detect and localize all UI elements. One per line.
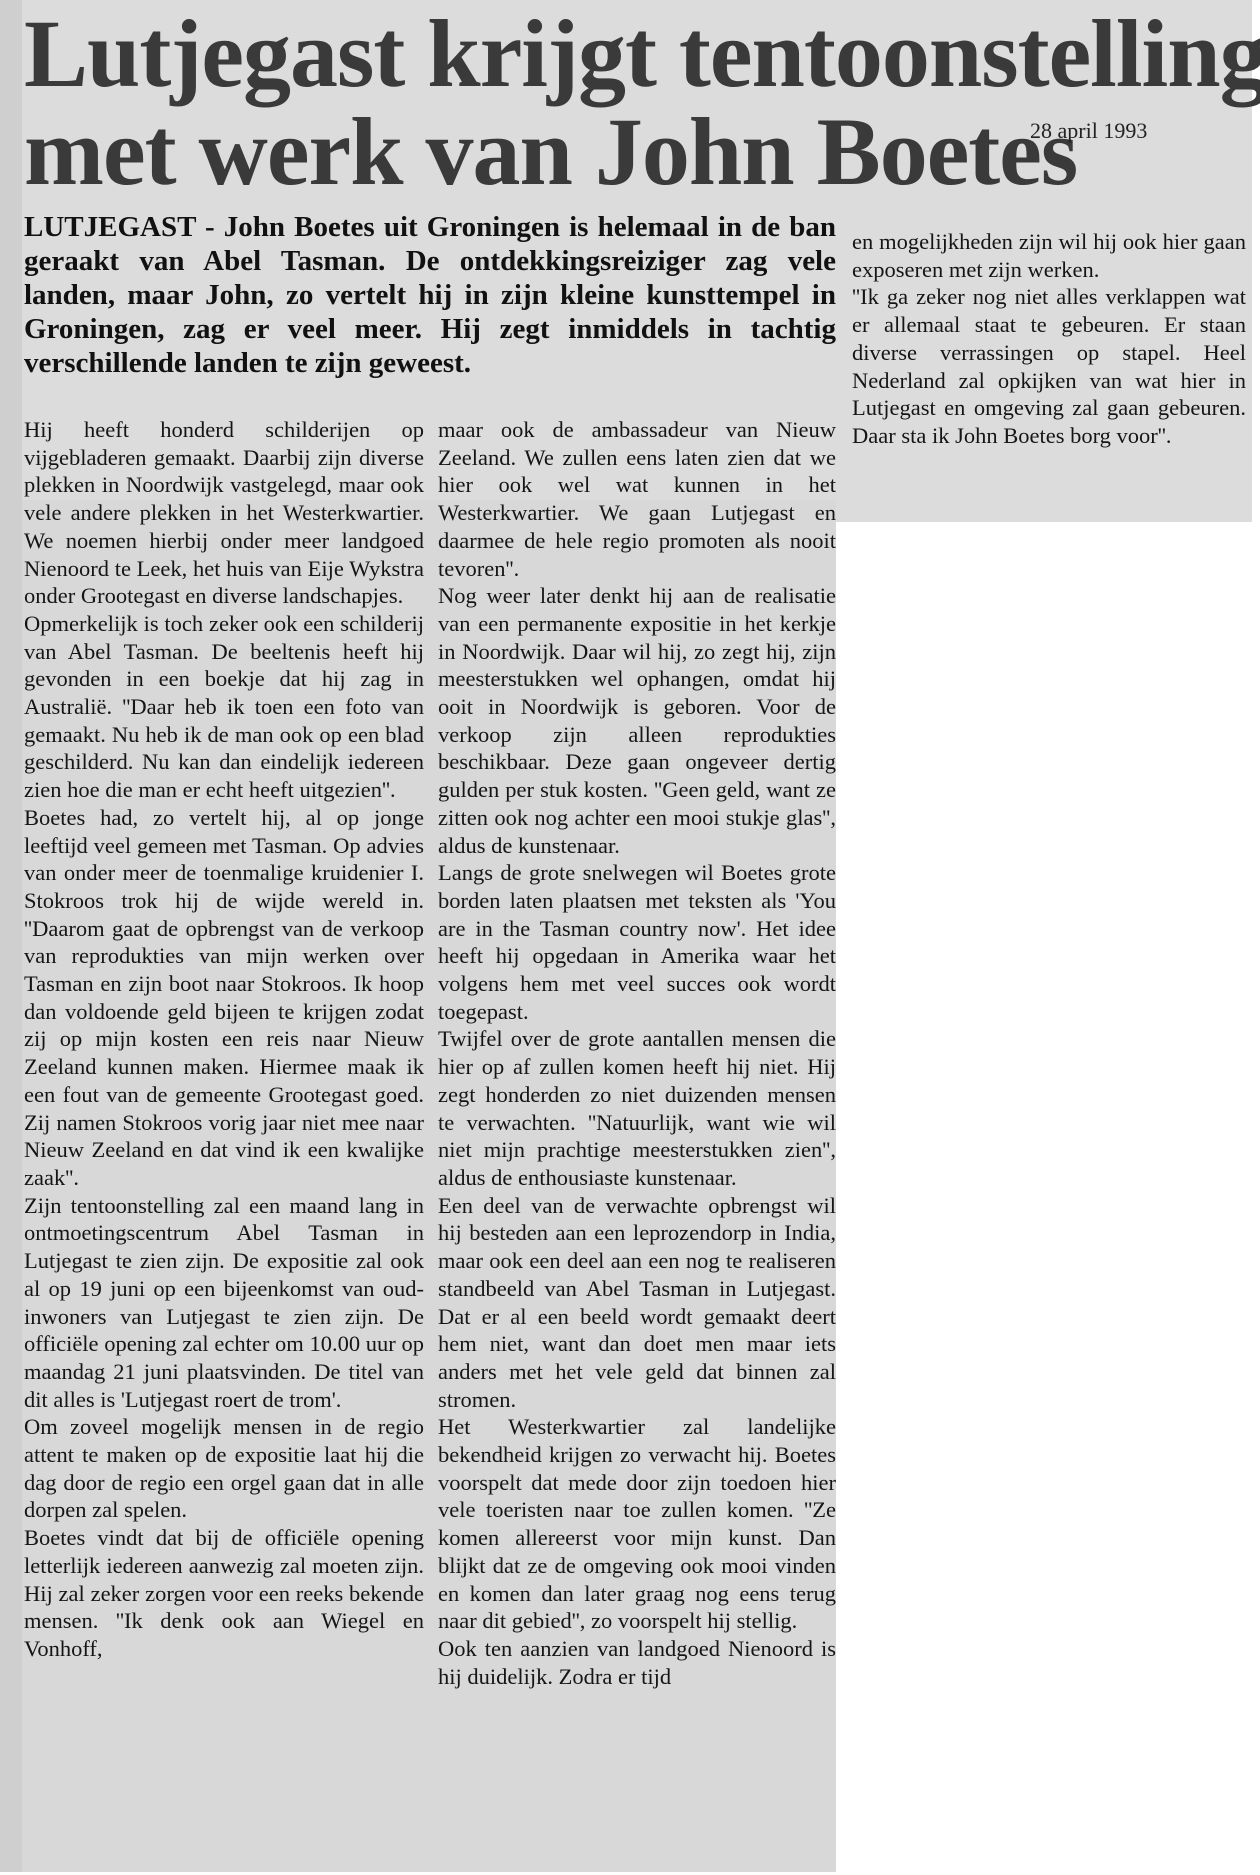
headline: Lutjegast krijgt tentoonstelling met wer… (24, 6, 1244, 200)
paragraph: Ook ten aanzien van landgoed Nienoord is… (438, 1635, 836, 1690)
paragraph: Langs de grote snelwegen wil Boetes grot… (438, 859, 836, 1025)
paragraph: Een deel van de verwachte opbrengst wil … (438, 1192, 836, 1414)
article-column-1: Hij heeft honderd schilderijen op vijgeb… (24, 416, 424, 1663)
clipping-left-edge (0, 0, 22, 1872)
paragraph: Opmerkelijk is toch zeker ook een schild… (24, 610, 424, 804)
paragraph: Hij heeft honderd schilderijen op vijgeb… (24, 416, 424, 610)
paragraph: Twijfel over de grote aantallen mensen d… (438, 1025, 836, 1191)
paragraph: maar ook de ambassadeur van Nieuw Zeelan… (438, 416, 836, 582)
paragraph: Het Westerkwartier zal landelijke bekend… (438, 1413, 836, 1635)
headline-line-1: Lutjegast krijgt tentoonstelling (24, 6, 1244, 102)
article-column-2: maar ook de ambassadeur van Nieuw Zeelan… (438, 416, 836, 1690)
paragraph: Zijn tentoonstelling zal een maand lang … (24, 1192, 424, 1414)
article-column-3: en mogelijkheden zijn wil hij ook hier g… (852, 228, 1246, 450)
paragraph: en mogelijkheden zijn wil hij ook hier g… (852, 228, 1246, 283)
paragraph: Om zoveel mogelijk mensen in de regio at… (24, 1413, 424, 1524)
lead-paragraph: LUTJEGAST - John Boetes uit Groningen is… (24, 210, 836, 380)
paragraph: ''Ik ga zeker nog niet alles verklappen … (852, 283, 1246, 449)
paragraph: Boetes vindt dat bij de officiële openin… (24, 1524, 424, 1663)
publication-date: 28 april 1993 (1030, 118, 1147, 144)
paragraph: Nog weer later denkt hij aan de realisat… (438, 582, 836, 859)
paragraph: Boetes had, zo vertelt hij, al op jonge … (24, 804, 424, 1192)
